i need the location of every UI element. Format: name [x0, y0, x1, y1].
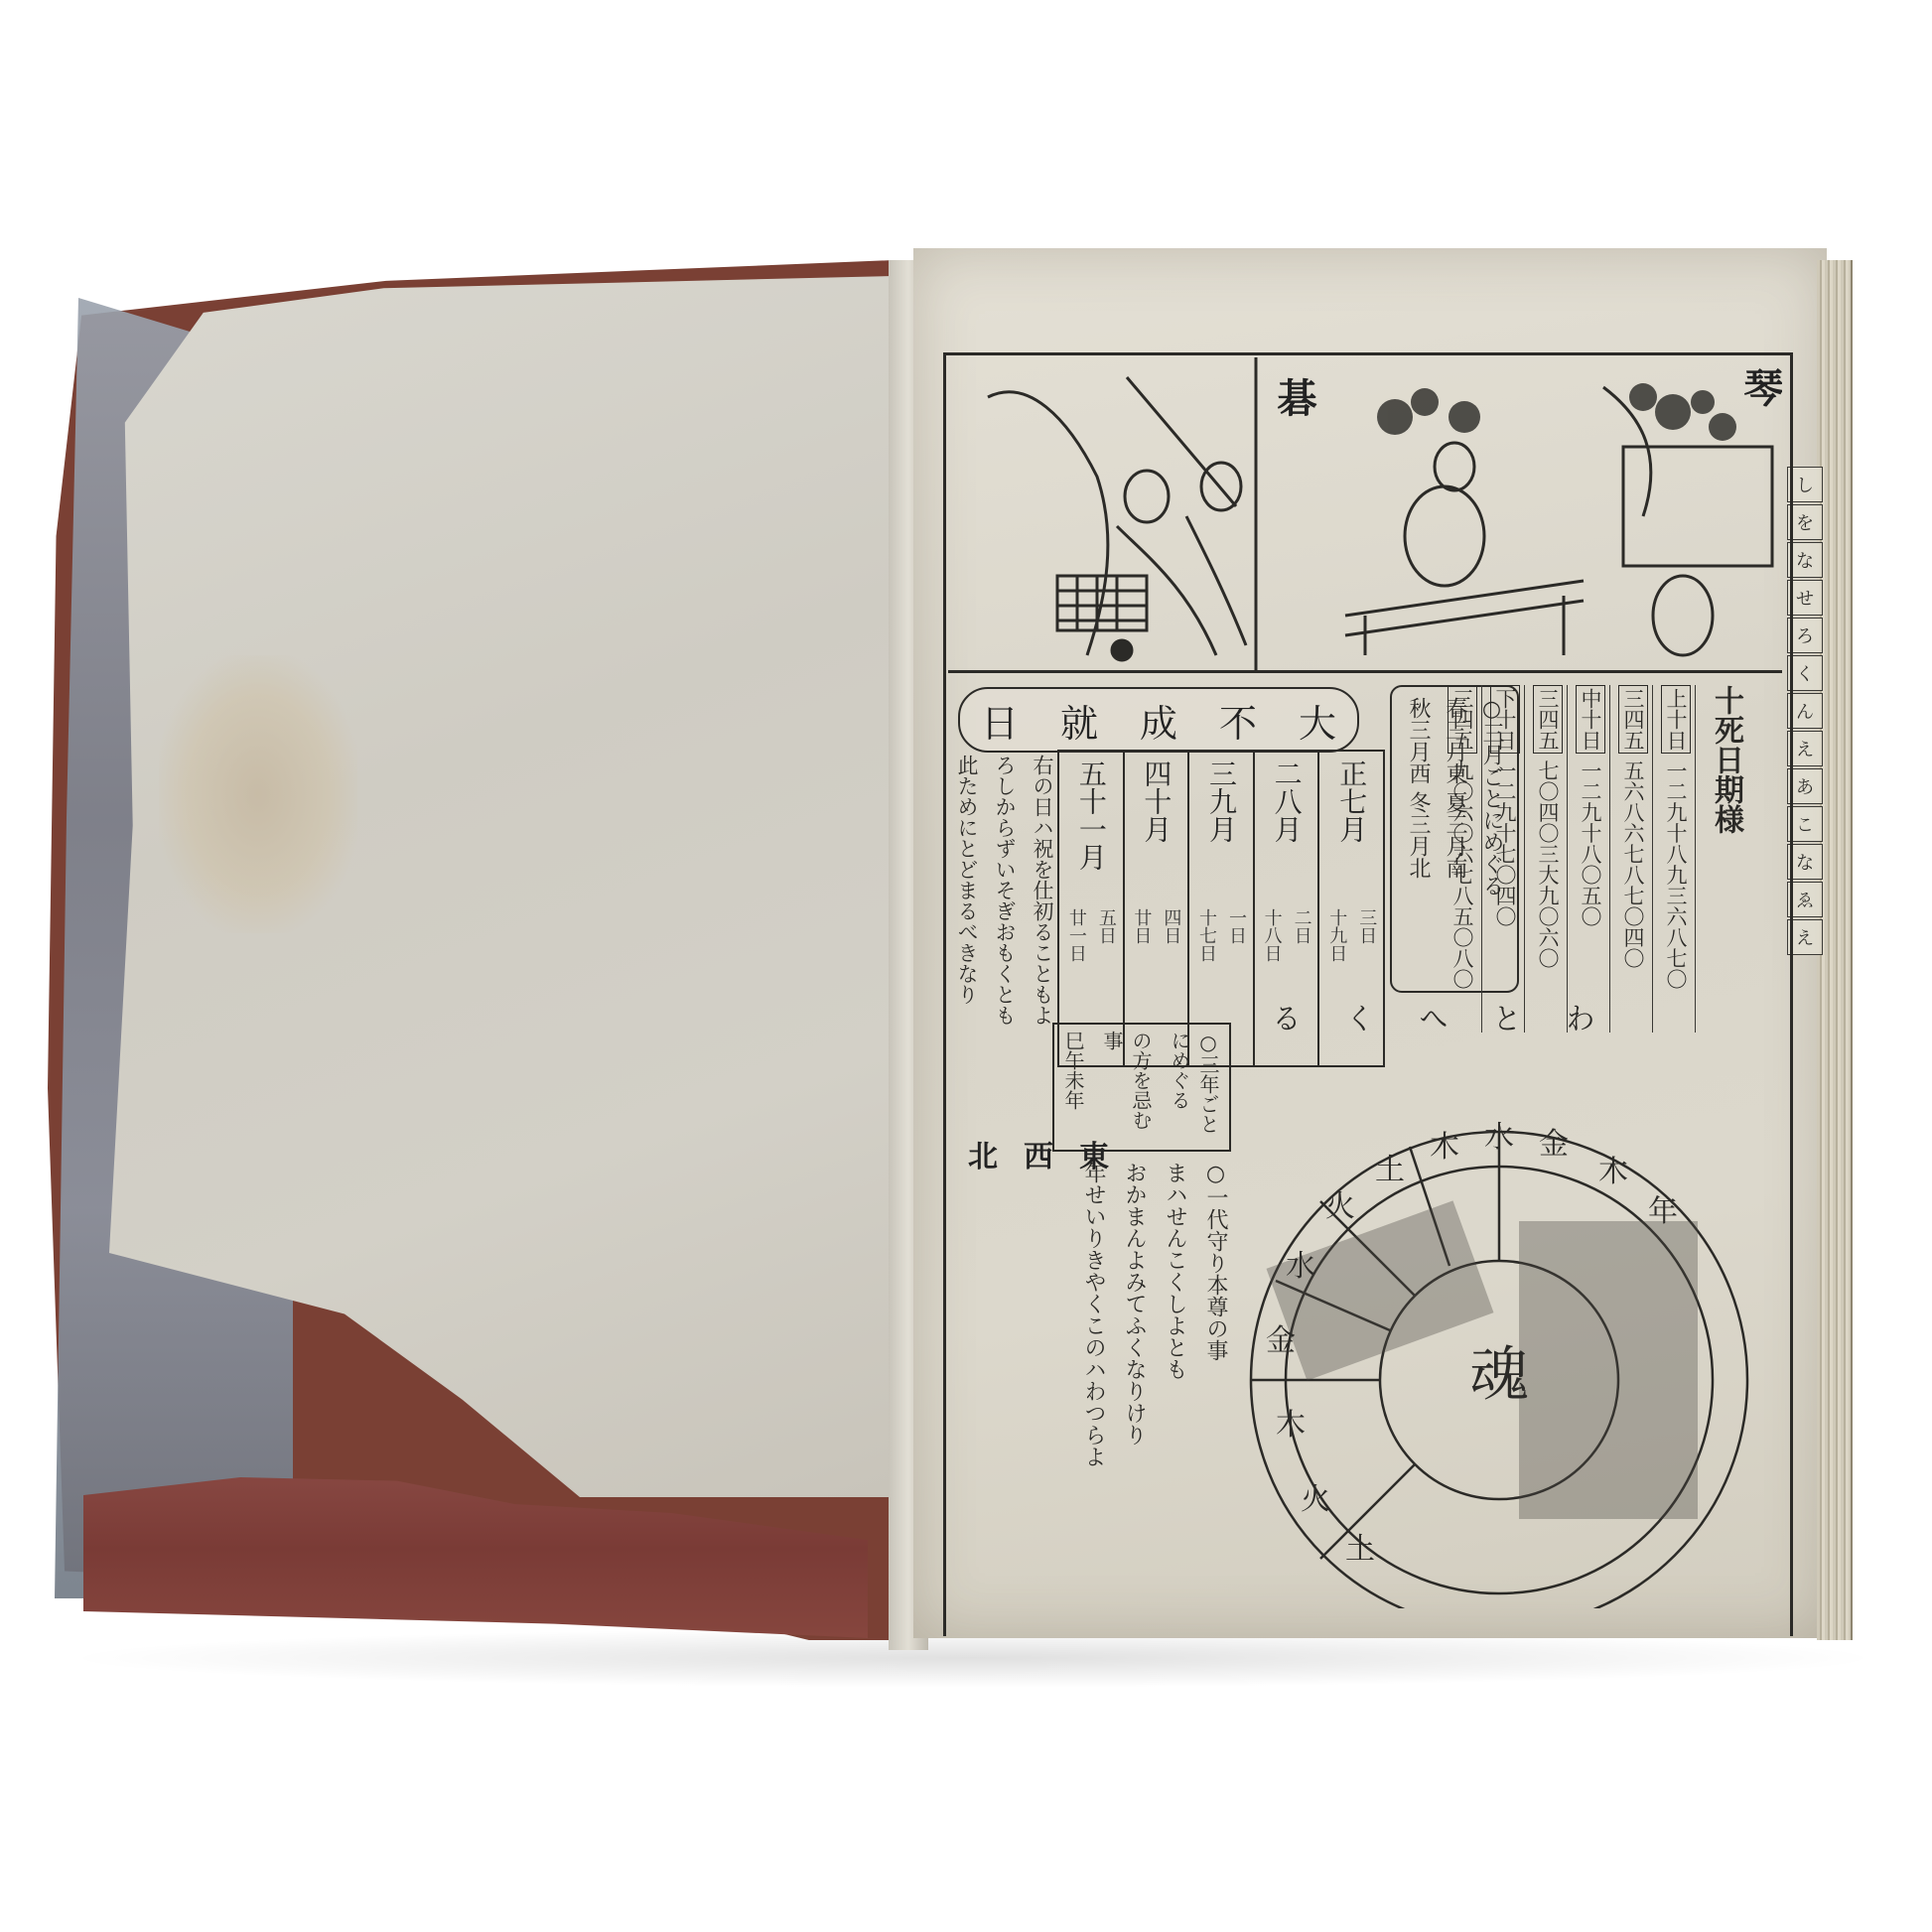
poem-line: 年せいりきやくこのハわつらよ — [1078, 1162, 1109, 1579]
go-label: 碁 — [1266, 377, 1322, 417]
poem-line: おかまんよみてふくなりけり — [1119, 1162, 1150, 1579]
honzon-text: ○一代守り本尊の事 まハせんこくしよとも おかまんよみてふくなりけり 年せいりき… — [993, 1162, 1231, 1579]
calendar-column: 四十月 四日 廿日 — [1125, 750, 1190, 1067]
deadline-table: 十死日期様 上十日 一二九十八九三六八七〇 三四五 五六八六七八七〇四〇 中十日… — [1529, 685, 1747, 1033]
day-label: 二日 — [1289, 908, 1314, 962]
day-label: 一日 — [1223, 908, 1249, 962]
illustration-drawing — [948, 357, 1782, 670]
rim-label: 木 — [1430, 1130, 1459, 1165]
deadline-title: 十死日期様 — [1704, 685, 1747, 1033]
kana-char: わ — [1555, 1003, 1598, 1033]
row-text: 一二九十八〇五〇 — [1579, 760, 1602, 927]
kana-char: へ — [1408, 1003, 1451, 1033]
row-text: 一二九十七〇四〇 — [1493, 760, 1517, 927]
rim-label: 水 — [1484, 1120, 1514, 1155]
deadline-row: 上十日 一二九十八九三六八七〇 — [1661, 685, 1696, 1033]
title-char: 成 — [1140, 693, 1177, 748]
title-char: 大 — [1299, 693, 1336, 748]
kana-column-group: わ と へ く る — [1261, 1003, 1598, 1033]
woodblock-illustration: 碁 琴 — [948, 357, 1782, 673]
deadline-row: 三四五 九〇六〇六七八五〇八〇 — [1448, 685, 1482, 1033]
day-label: 十九日 — [1323, 908, 1349, 962]
row-tag: 上十日 — [1661, 685, 1691, 754]
rim-label: 土 — [1375, 1153, 1405, 1187]
kana-char: く — [1334, 1003, 1378, 1033]
month-label: 三九月 — [1201, 759, 1241, 898]
day-label: 廿一日 — [1063, 908, 1089, 962]
row-text: 五六八六七八七〇四〇 — [1621, 760, 1645, 969]
month-label: 五十一月 — [1071, 759, 1111, 898]
direction-line: ○三年ごとにめぐる — [1166, 1031, 1223, 1144]
kana-char: る — [1261, 1003, 1305, 1033]
direction-year: 巳午未年 — [1059, 1031, 1088, 1144]
rim-label: 火 — [1301, 1482, 1330, 1517]
day-label: 四日 — [1158, 908, 1183, 944]
rim-label: 金 — [1266, 1323, 1296, 1358]
row-text: 九〇六〇六七八五〇八〇 — [1450, 760, 1474, 990]
calendar-title: 大 不 成 就 日 — [958, 687, 1359, 753]
book-photo: し を な せ ろ く ん え あ こ な ゑ え — [0, 0, 1932, 1932]
poem-line: まハせんこくしよとも — [1160, 1162, 1190, 1579]
rule-line: 秋三月西 冬三月北 — [1403, 697, 1434, 981]
day-label: 五日 — [1093, 908, 1119, 962]
rim-label: 年 — [1648, 1194, 1678, 1229]
day-label: 廿日 — [1128, 908, 1154, 944]
month-label: 四十月 — [1136, 759, 1175, 898]
title-char: 就 — [1060, 693, 1098, 748]
wheel-center-char: 魂 — [1469, 1340, 1529, 1410]
wheel-drawing: 魂 木 金 水 火 土 木 水 金 火 土 木 年 — [1221, 1092, 1777, 1608]
deadline-row: 三四五 五六八六七八七〇四〇 — [1618, 685, 1653, 1033]
row-text: 七〇四〇三大九〇六〇 — [1536, 760, 1560, 969]
water-stain — [159, 655, 357, 933]
row-tag: 三四五 — [1533, 685, 1563, 754]
day-label: 十七日 — [1193, 908, 1219, 962]
row-text: 一二九十八九三六八七〇 — [1664, 760, 1688, 990]
row-tag: 下十日 — [1490, 685, 1520, 754]
row-tag: 中十日 — [1576, 685, 1605, 754]
rim-label: 金 — [1539, 1127, 1569, 1162]
rim-label: 火 — [1325, 1189, 1355, 1224]
koto-label: 琴 — [1732, 367, 1782, 407]
month-label: 正七月 — [1331, 759, 1371, 898]
row-tag: 三四五 — [1448, 685, 1477, 754]
deadline-row: 下十日 一二九十七〇四〇 — [1490, 685, 1525, 1033]
rim-label: 水 — [1286, 1249, 1315, 1284]
day-label: 三日 — [1353, 908, 1379, 962]
deadline-row: 三四五 七〇四〇三大九〇六〇 — [1533, 685, 1568, 1033]
deadline-row: 中十日 一二九十八〇五〇 — [1576, 685, 1610, 1033]
fortune-wheel-diagram: 魂 木 金 水 火 土 木 水 金 火 土 木 年 — [1221, 1092, 1777, 1608]
rim-label: 木 — [1276, 1408, 1306, 1443]
rim-label: 木 — [1598, 1155, 1628, 1189]
title-char: 日 — [981, 693, 1019, 748]
month-label: 二八月 — [1267, 759, 1307, 898]
kana-char: と — [1481, 1003, 1525, 1033]
title-char: 不 — [1219, 693, 1257, 748]
row-tag: 三四五 — [1618, 685, 1648, 754]
day-label: 十八日 — [1259, 908, 1285, 962]
direction-line: の方を忌む事 — [1098, 1031, 1156, 1144]
calendar-column: 三九月 一日 十七日 — [1189, 750, 1255, 1067]
calendar-column: 五十一月 五日 廿一日 — [1057, 750, 1125, 1067]
rim-label: 土 — [1345, 1532, 1375, 1567]
